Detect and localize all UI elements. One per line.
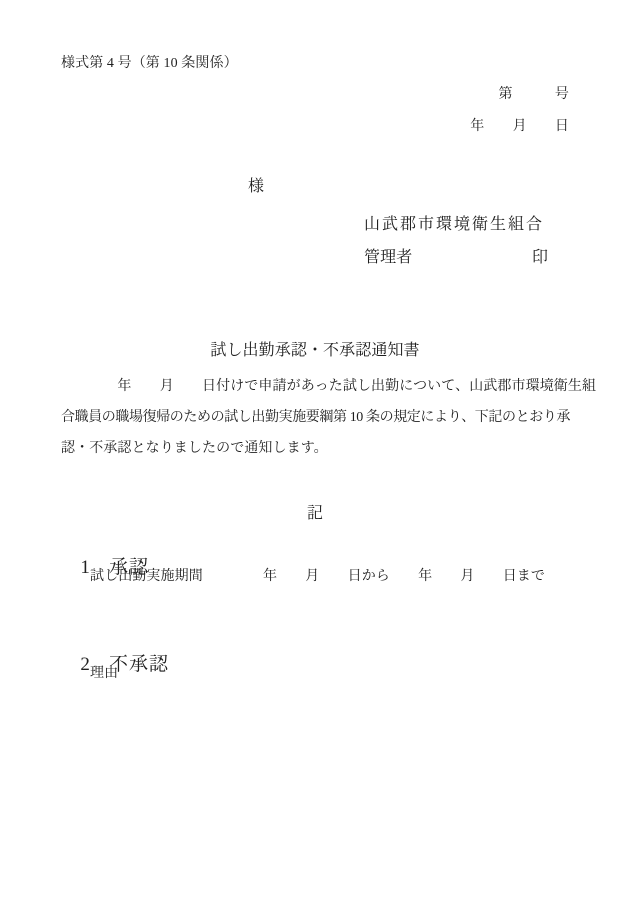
period-label: 試し出勤実施期間: [90, 569, 203, 585]
addressee-honorific: 様: [248, 178, 264, 196]
section-2-number: 2: [80, 654, 90, 675]
section-2-line: 2不承認: [61, 632, 169, 698]
doc-number-line: 第 号: [499, 87, 570, 103]
date-line: 年 月 日: [470, 119, 569, 135]
section-1-line: 1承認: [61, 535, 149, 601]
reason-label: 理由: [90, 666, 118, 682]
section-1-number: 1: [80, 557, 90, 578]
sender-org: 山武郡市環境衛生組合: [364, 216, 544, 234]
body-line-1: 年 月 日付けで申請があった試し出勤について、山武郡市環境衛生組: [61, 379, 596, 395]
body-line-3: 認・不承認となりましたので通知します。: [61, 441, 328, 457]
ki-heading: 記: [0, 505, 630, 523]
period-value: 年 月 日から 年 月 日まで: [263, 569, 545, 585]
sender-title: 管理者: [364, 249, 412, 267]
doc-title: 試し出勤承認・不承認通知書: [0, 342, 630, 360]
document-page: 様式第 4 号（第 10 条関係） 第 号 年 月 日 様 山武郡市環境衛生組合…: [0, 0, 630, 903]
body-line-2: 合職員の職場復帰のための試し出勤実施要綱第 10 条の規定により、下記のとおり承: [61, 410, 570, 426]
form-number: 様式第 4 号（第 10 条関係）: [61, 56, 238, 72]
seal-mark: 印: [532, 249, 548, 267]
